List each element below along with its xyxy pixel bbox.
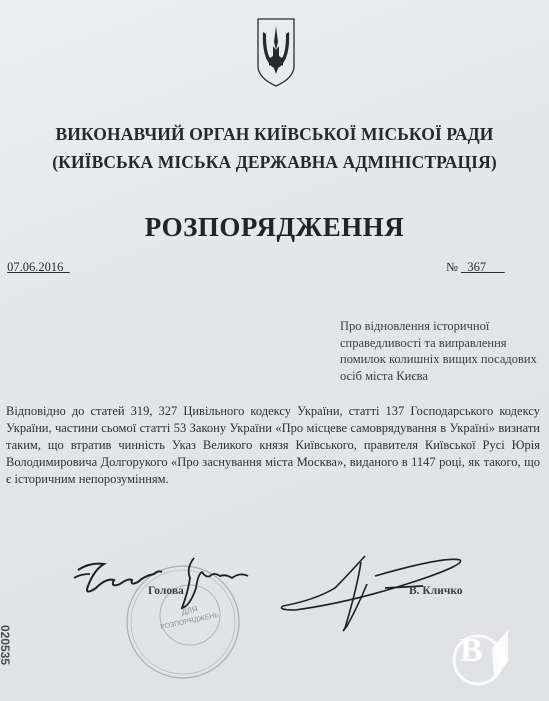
signatory-name: В. Кличко [409,585,463,597]
document-number: № 367 [446,260,505,275]
publisher-watermark: В [452,622,510,688]
organization-name: ВИКОНАВЧИЙ ОРГАН КИЇВСЬКОЇ МІСЬКОЇ РАДИ [0,124,549,145]
signature-role: Голова [148,585,184,597]
document-page: ВИКОНАВЧИЙ ОРГАН КИЇВСЬКОЇ МІСЬКОЇ РАДИ … [0,0,549,701]
serial-number: 020535 [0,625,12,665]
document-date: 07.06.2016 [4,260,70,275]
date-value: 07.06.2016 [7,260,63,274]
number-value: 367 [467,260,486,274]
document-body: Відповідно до статей 319, 327 Цивільного… [6,403,540,488]
deputy-signature [70,548,270,618]
document-subject: Про відновлення історичної справедливост… [340,318,540,384]
number-label: № [446,260,458,274]
organization-subtitle: (КИЇВСЬКА МІСЬКА ДЕРЖАВНА АДМІНІСТРАЦІЯ) [0,152,549,173]
trident-coat-of-arms-icon [255,16,297,88]
document-title: РОЗПОРЯДЖЕННЯ [0,212,549,243]
watermark-letter: В [460,632,483,670]
